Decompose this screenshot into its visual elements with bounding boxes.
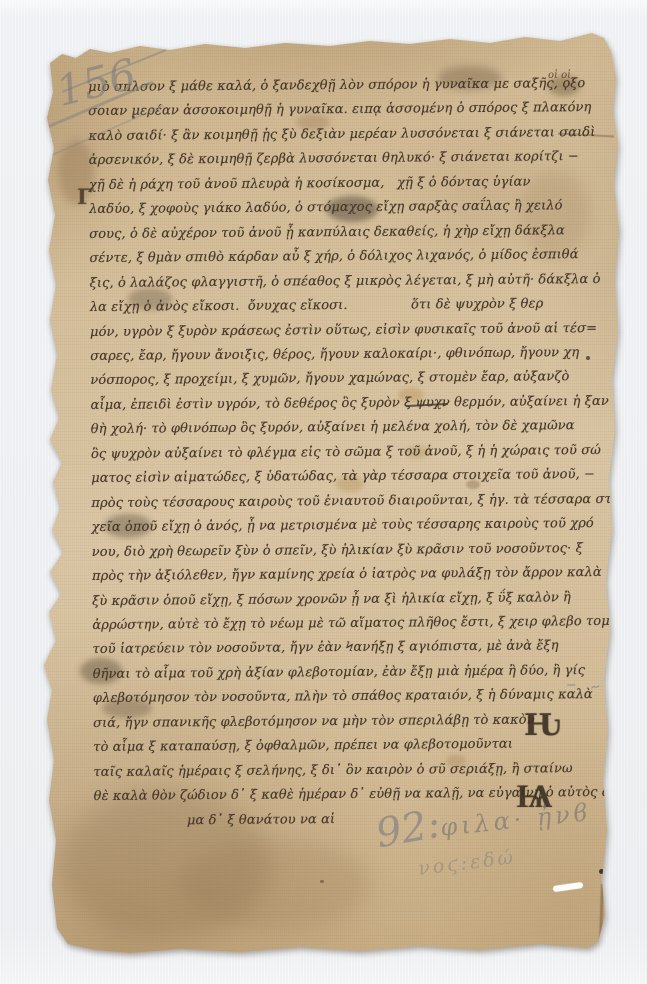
manuscript-line: θὴ χολή· τὸ φθινόπωρ ὃς ξυρόν, αὐξαίνει … [91,414,591,442]
manuscript-line: ματος εἰσὶν αἱματώδες, ξ ὑδατώδας, τὰ γὰ… [91,463,591,491]
manuscript-line: πρὸς τὴν ἀξιόλεθεν, ἤγν καμίνης χρεία ὁ … [92,561,592,589]
manuscript-line: σέντε, ξ θμὰν σπιθὸ κάρδαν αὖ ξ χήρ, ὁ δ… [89,243,589,271]
manuscript-line: σιά, ἤγν σπανικῆς φλεβοτόμησον να μὴν τὸ… [93,708,593,736]
ink-speck [320,880,324,883]
manuscript-line: φλεβοτόμησον τὸν νοσοῦντα, πλὴν τὸ σπάθο… [93,683,593,711]
pencil-dash-mark: − [566,678,577,693]
ink-speck [599,869,604,874]
margin-bracket-mark: Γ [77,184,92,209]
manuscript-line: χεῖα ὁποῦ εἴχῃ ὁ ἀνός, ᾖ να μετρισμένα μ… [91,512,591,540]
manuscript-line: λαδύο, ξ χοφοὺς γιάκο λαδύο, ὁ στόμαχος … [89,194,589,222]
bleedthrough-mark-upper: Ƕ [524,708,561,743]
line1-superscript-note: οἱ οἱ [548,70,571,81]
stain-spot [180,840,370,930]
scan-background: μιὸ σπλσον ξ μάθε καλά, ὁ ξανδεχθῇ λὸν σ… [0,0,647,984]
manuscript-page: μιὸ σπλσον ξ μάθε καλά, ὁ ξανδεχθῇ λὸν σ… [0,0,647,984]
manuscript-line: τοῦ ἰατρεύειν τὸν νοσοῦντα, ἤγν ἐὰν Ϟανή… [92,634,592,662]
manuscript-line: ἀρσενικόν, ξ δὲ κοιμηθῇ ζερβὰ λυσσόνεται… [89,145,589,173]
manuscript-line: νόσπορος, ξ προχείμι, ξ χυμῶν, ἤγουν χαμ… [90,366,590,394]
manuscript-text: μιὸ σπλσον ξ μάθε καλά, ὁ ξανδεχθῇ λὸν σ… [88,72,594,834]
paper-shadow-wrap: μιὸ σπλσον ξ μάθε καλά, ὁ ξανδεχθῇ λὸν σ… [0,0,647,984]
manuscript-line: λα εἴχῃ ὁ ἀνὸς εἴκοσι. ὄνυχας εἴκοσι. ὅτ… [90,292,590,320]
top-right-ink-scribble: ἀχλ̓ν [391,16,440,41]
